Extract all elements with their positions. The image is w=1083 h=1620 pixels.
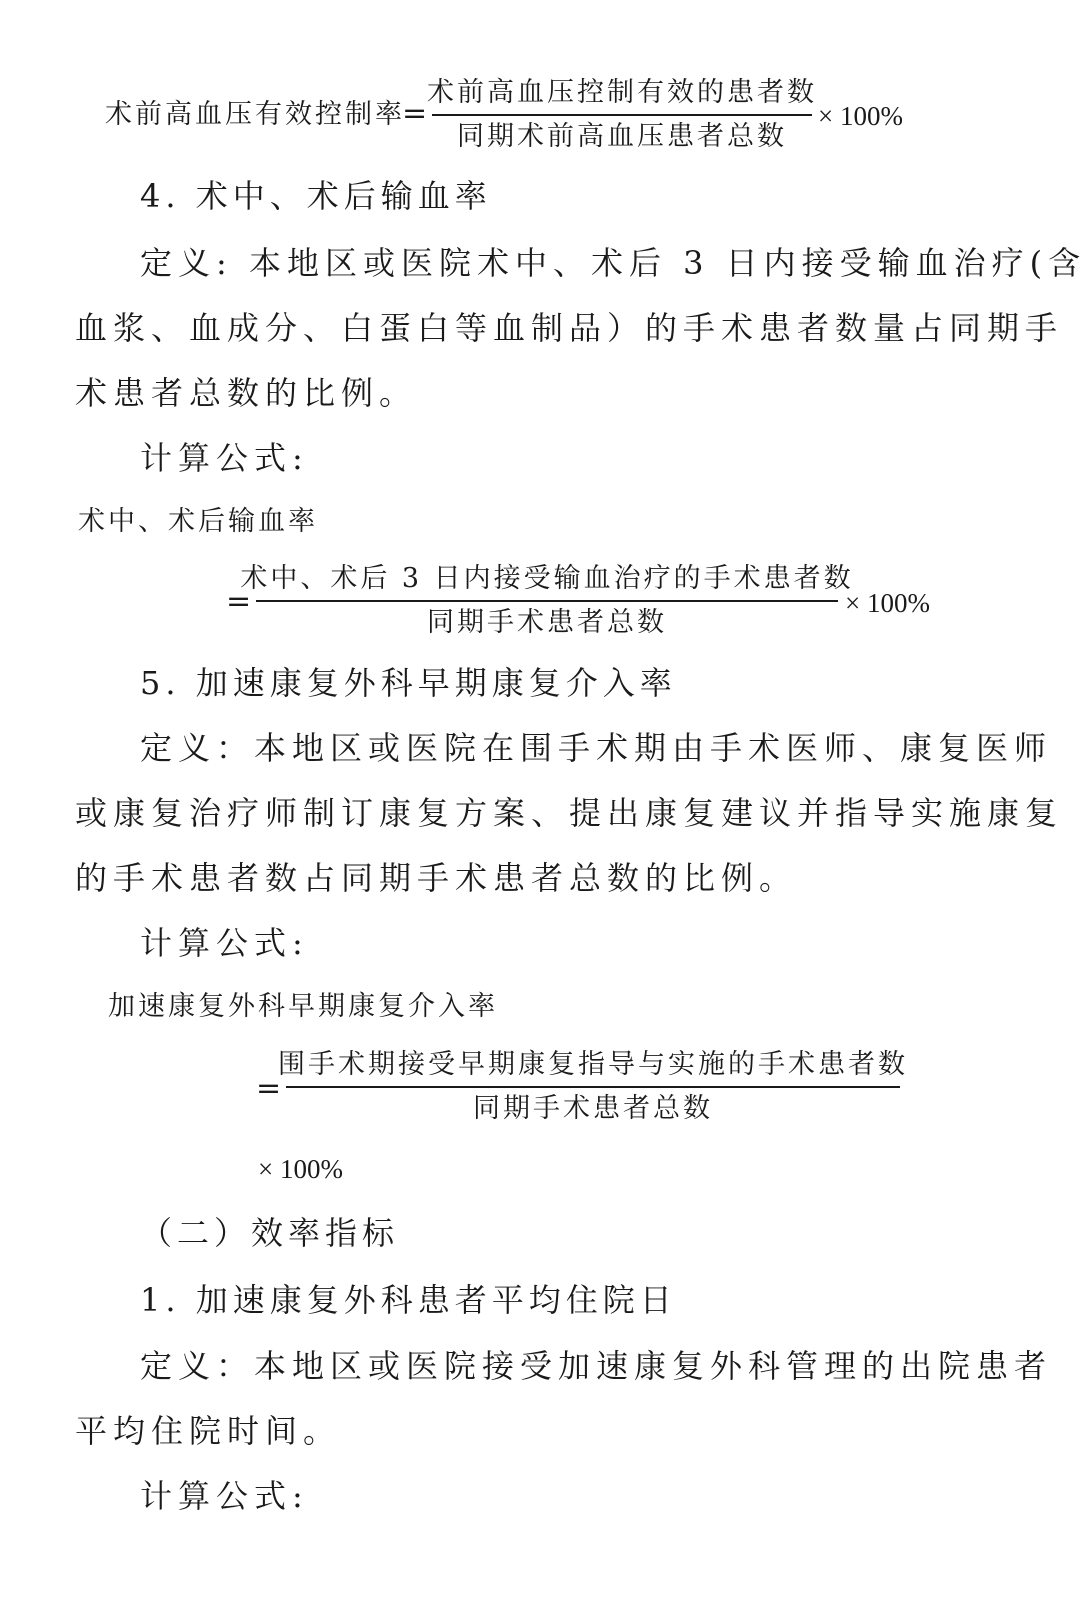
formula-heading: 计算公式: [140, 438, 309, 478]
numerator: 术中、术后 3 日内接受输血治疗的手术患者数 [240, 562, 853, 596]
fraction: 术前高血压控制有效的患者数 同期术前高血压患者总数 [432, 76, 812, 154]
formula-lhs: 加速康复外科早期康复介入率 [108, 990, 498, 1024]
denominator: 同期手术患者总数 [473, 1092, 713, 1126]
section-heading-avg-length-of-stay: 1. 加速康复外科患者平均住院日 [140, 1280, 677, 1320]
definition-line: 术患者总数的比例。 [75, 373, 417, 413]
fraction-bar [432, 114, 812, 116]
numerator: 围手术期接受早期康复指导与实施的手术患者数 [278, 1048, 908, 1082]
multiplier: × 100% [818, 99, 903, 133]
fraction-bar [256, 600, 838, 602]
formula-lhs: 术中、术后输血率 [78, 505, 318, 539]
fraction: 术中、术后 3 日内接受输血治疗的手术患者数 同期手术患者总数 [256, 562, 838, 640]
definition-line: 的手术患者数占同期手术患者总数的比例。 [75, 858, 797, 898]
section-heading-efficiency-indicators: （二）效率指标 [140, 1213, 399, 1253]
definition-line: 血浆、血成分、白蛋白等血制品）的手术患者数量占同期手 [75, 308, 1063, 348]
denominator: 同期术前高血压患者总数 [457, 120, 787, 154]
equals-sign: = [402, 97, 427, 131]
section-heading-transfusion-rate: 4. 术中、术后输血率 [140, 176, 492, 216]
formula-lhs: 术前高血压有效控制率 [105, 98, 405, 132]
fraction: 围手术期接受早期康复指导与实施的手术患者数 同期手术患者总数 [286, 1048, 900, 1126]
multiplier: × 100% [258, 1152, 343, 1186]
definition-line: 定义: 本地区或医院术中、术后 3 日内接受输血治疗(含 [140, 243, 1083, 283]
section-heading-early-rehab-rate: 5. 加速康复外科早期康复介入率 [140, 663, 677, 703]
definition-line: 定义：本地区或医院接受加速康复外科管理的出院患者 [140, 1346, 1052, 1386]
definition-line: 定义：本地区或医院在围手术期由手术医师、康复医师 [140, 728, 1052, 768]
definition-line: 平均住院时间。 [75, 1411, 341, 1451]
formula-heading: 计算公式: [140, 1476, 309, 1516]
numerator: 术前高血压控制有效的患者数 [427, 76, 817, 110]
multiplier: × 100% [845, 586, 930, 620]
denominator: 同期手术患者总数 [427, 606, 667, 640]
formula-heading: 计算公式: [140, 923, 309, 963]
fraction-bar [286, 1086, 900, 1088]
definition-line: 或康复治疗师制订康复方案、提出康复建议并指导实施康复 [75, 793, 1063, 833]
